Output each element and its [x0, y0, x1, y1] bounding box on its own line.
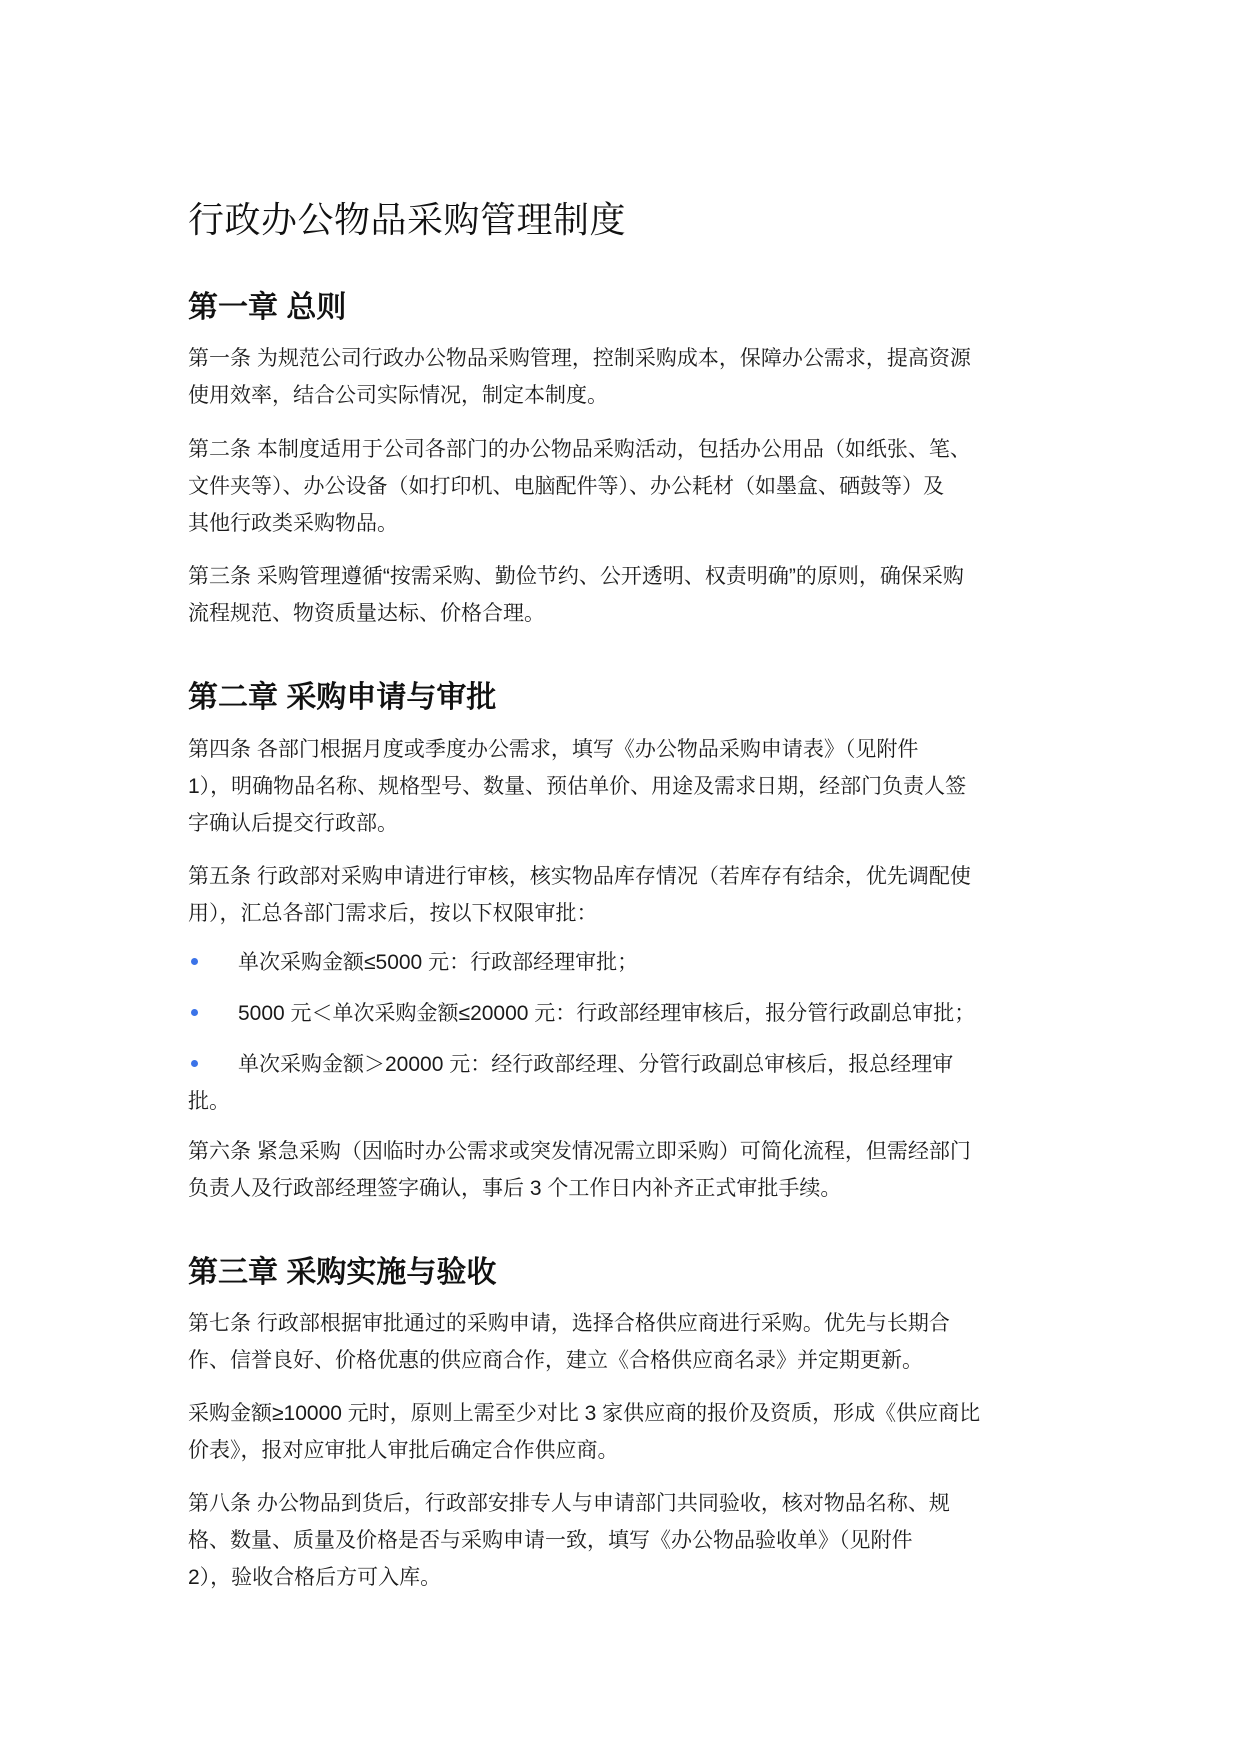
- chapter-2-heading: 第二章 采购申请与审批: [188, 672, 496, 716]
- article-8: 第八条 办公物品到货后，行政部安排专人与申请部门共同验收，核对物品名称、规 格、…: [188, 1485, 1058, 1596]
- article-7-line: 作、信誉良好、价格优惠的供应商合作，建立《合格供应商名录》并定期更新。: [188, 1342, 1058, 1379]
- document-title: 行政办公物品采购管理制度: [188, 192, 626, 243]
- article-8-line: 第八条 办公物品到货后，行政部安排专人与申请部门共同验收，核对物品名称、规: [188, 1485, 1058, 1522]
- article-1-line: 第一条 为规范公司行政办公物品采购管理，控制采购成本，保障办公需求，提高资源: [188, 340, 1058, 377]
- bullet-text-continued: 批。: [188, 1083, 1058, 1120]
- article-8-line: 2），验收合格后方可入库。: [188, 1559, 1058, 1596]
- article-8-line: 格、数量、质量及价格是否与采购申请一致，填写《办公物品验收单》（见附件: [188, 1522, 1058, 1559]
- article-6: 第六条 紧急采购（因临时办公需求或突发情况需立即采购）可简化流程，但需经部门 负…: [188, 1133, 1058, 1207]
- article-4: 第四条 各部门根据月度或季度办公需求，填写《办公物品采购申请表》（见附件 1），…: [188, 731, 1058, 842]
- article-4-line: 1），明确物品名称、规格型号、数量、预估单价、用途及需求日期，经部门负责人签: [188, 768, 1058, 805]
- article-3: 第三条 采购管理遵循“按需采购、勤俭节约、公开透明、权责明确”的原则，确保采购 …: [188, 558, 1058, 632]
- article-6-line: 第六条 紧急采购（因临时办公需求或突发情况需立即采购）可简化流程，但需经部门: [188, 1133, 1058, 1170]
- article-1: 第一条 为规范公司行政办公物品采购管理，控制采购成本，保障办公需求，提高资源 使…: [188, 340, 1058, 414]
- article-5-line: 用），汇总各部门需求后，按以下权限审批：: [188, 895, 1058, 932]
- approval-bullet-3: 单次采购金额＞20000 元：经行政部经理、分管行政副总审核后，报总经理审 批。: [188, 1046, 1058, 1120]
- bullet-icon: [191, 1060, 198, 1067]
- article-7-supplement-line: 采购金额≥10000 元时，原则上需至少对比 3 家供应商的报价及资质，形成《供…: [188, 1395, 1058, 1432]
- article-7-supplement-line: 价表》，报对应审批人审批后确定合作供应商。: [188, 1432, 1058, 1469]
- article-2-line: 第二条 本制度适用于公司各部门的办公物品采购活动，包括办公用品（如纸张、笔、: [188, 431, 1058, 468]
- article-6-line: 负责人及行政部经理签字确认，事后 3 个工作日内补齐正式审批手续。: [188, 1170, 1058, 1207]
- article-3-line: 第三条 采购管理遵循“按需采购、勤俭节约、公开透明、权责明确”的原则，确保采购: [188, 558, 1058, 595]
- chapter-1-heading: 第一章 总则: [188, 282, 346, 326]
- approval-bullet-1: 单次采购金额≤5000 元：行政部经理审批；: [188, 944, 1058, 981]
- article-5-line: 第五条 行政部对采购申请进行审核，核实物品库存情况（若库存有结余，优先调配使: [188, 858, 1058, 895]
- article-4-line: 第四条 各部门根据月度或季度办公需求，填写《办公物品采购申请表》（见附件: [188, 731, 1058, 768]
- article-7-line: 第七条 行政部根据审批通过的采购申请，选择合格供应商进行采购。优先与长期合: [188, 1305, 1058, 1342]
- article-3-line: 流程规范、物资质量达标、价格合理。: [188, 595, 1058, 632]
- bullet-icon: [191, 1009, 198, 1016]
- approval-bullet-2: 5000 元＜单次采购金额≤20000 元：行政部经理审核后，报分管行政副总审批…: [188, 995, 1058, 1032]
- bullet-text: 单次采购金额≤5000 元：行政部经理审批；: [238, 951, 638, 974]
- article-2-line: 文件夹等）、办公设备（如打印机、电脑配件等）、办公耗材（如墨盒、硒鼓等）及: [188, 468, 1058, 505]
- bullet-text: 单次采购金额＞20000 元：经行政部经理、分管行政副总审核后，报总经理审: [238, 1053, 953, 1076]
- article-7-supplement: 采购金额≥10000 元时，原则上需至少对比 3 家供应商的报价及资质，形成《供…: [188, 1395, 1058, 1469]
- bullet-text: 5000 元＜单次采购金额≤20000 元：行政部经理审核后，报分管行政副总审批…: [238, 1002, 975, 1025]
- bullet-icon: [191, 958, 198, 965]
- article-2-line: 其他行政类采购物品。: [188, 505, 1058, 542]
- chapter-3-heading: 第三章 采购实施与验收: [188, 1247, 496, 1291]
- article-5: 第五条 行政部对采购申请进行审核，核实物品库存情况（若库存有结余，优先调配使 用…: [188, 858, 1058, 932]
- article-7: 第七条 行政部根据审批通过的采购申请，选择合格供应商进行采购。优先与长期合 作、…: [188, 1305, 1058, 1379]
- article-2: 第二条 本制度适用于公司各部门的办公物品采购活动，包括办公用品（如纸张、笔、 文…: [188, 431, 1058, 542]
- article-4-line: 字确认后提交行政部。: [188, 805, 1058, 842]
- article-1-line: 使用效率，结合公司实际情况，制定本制度。: [188, 377, 1058, 414]
